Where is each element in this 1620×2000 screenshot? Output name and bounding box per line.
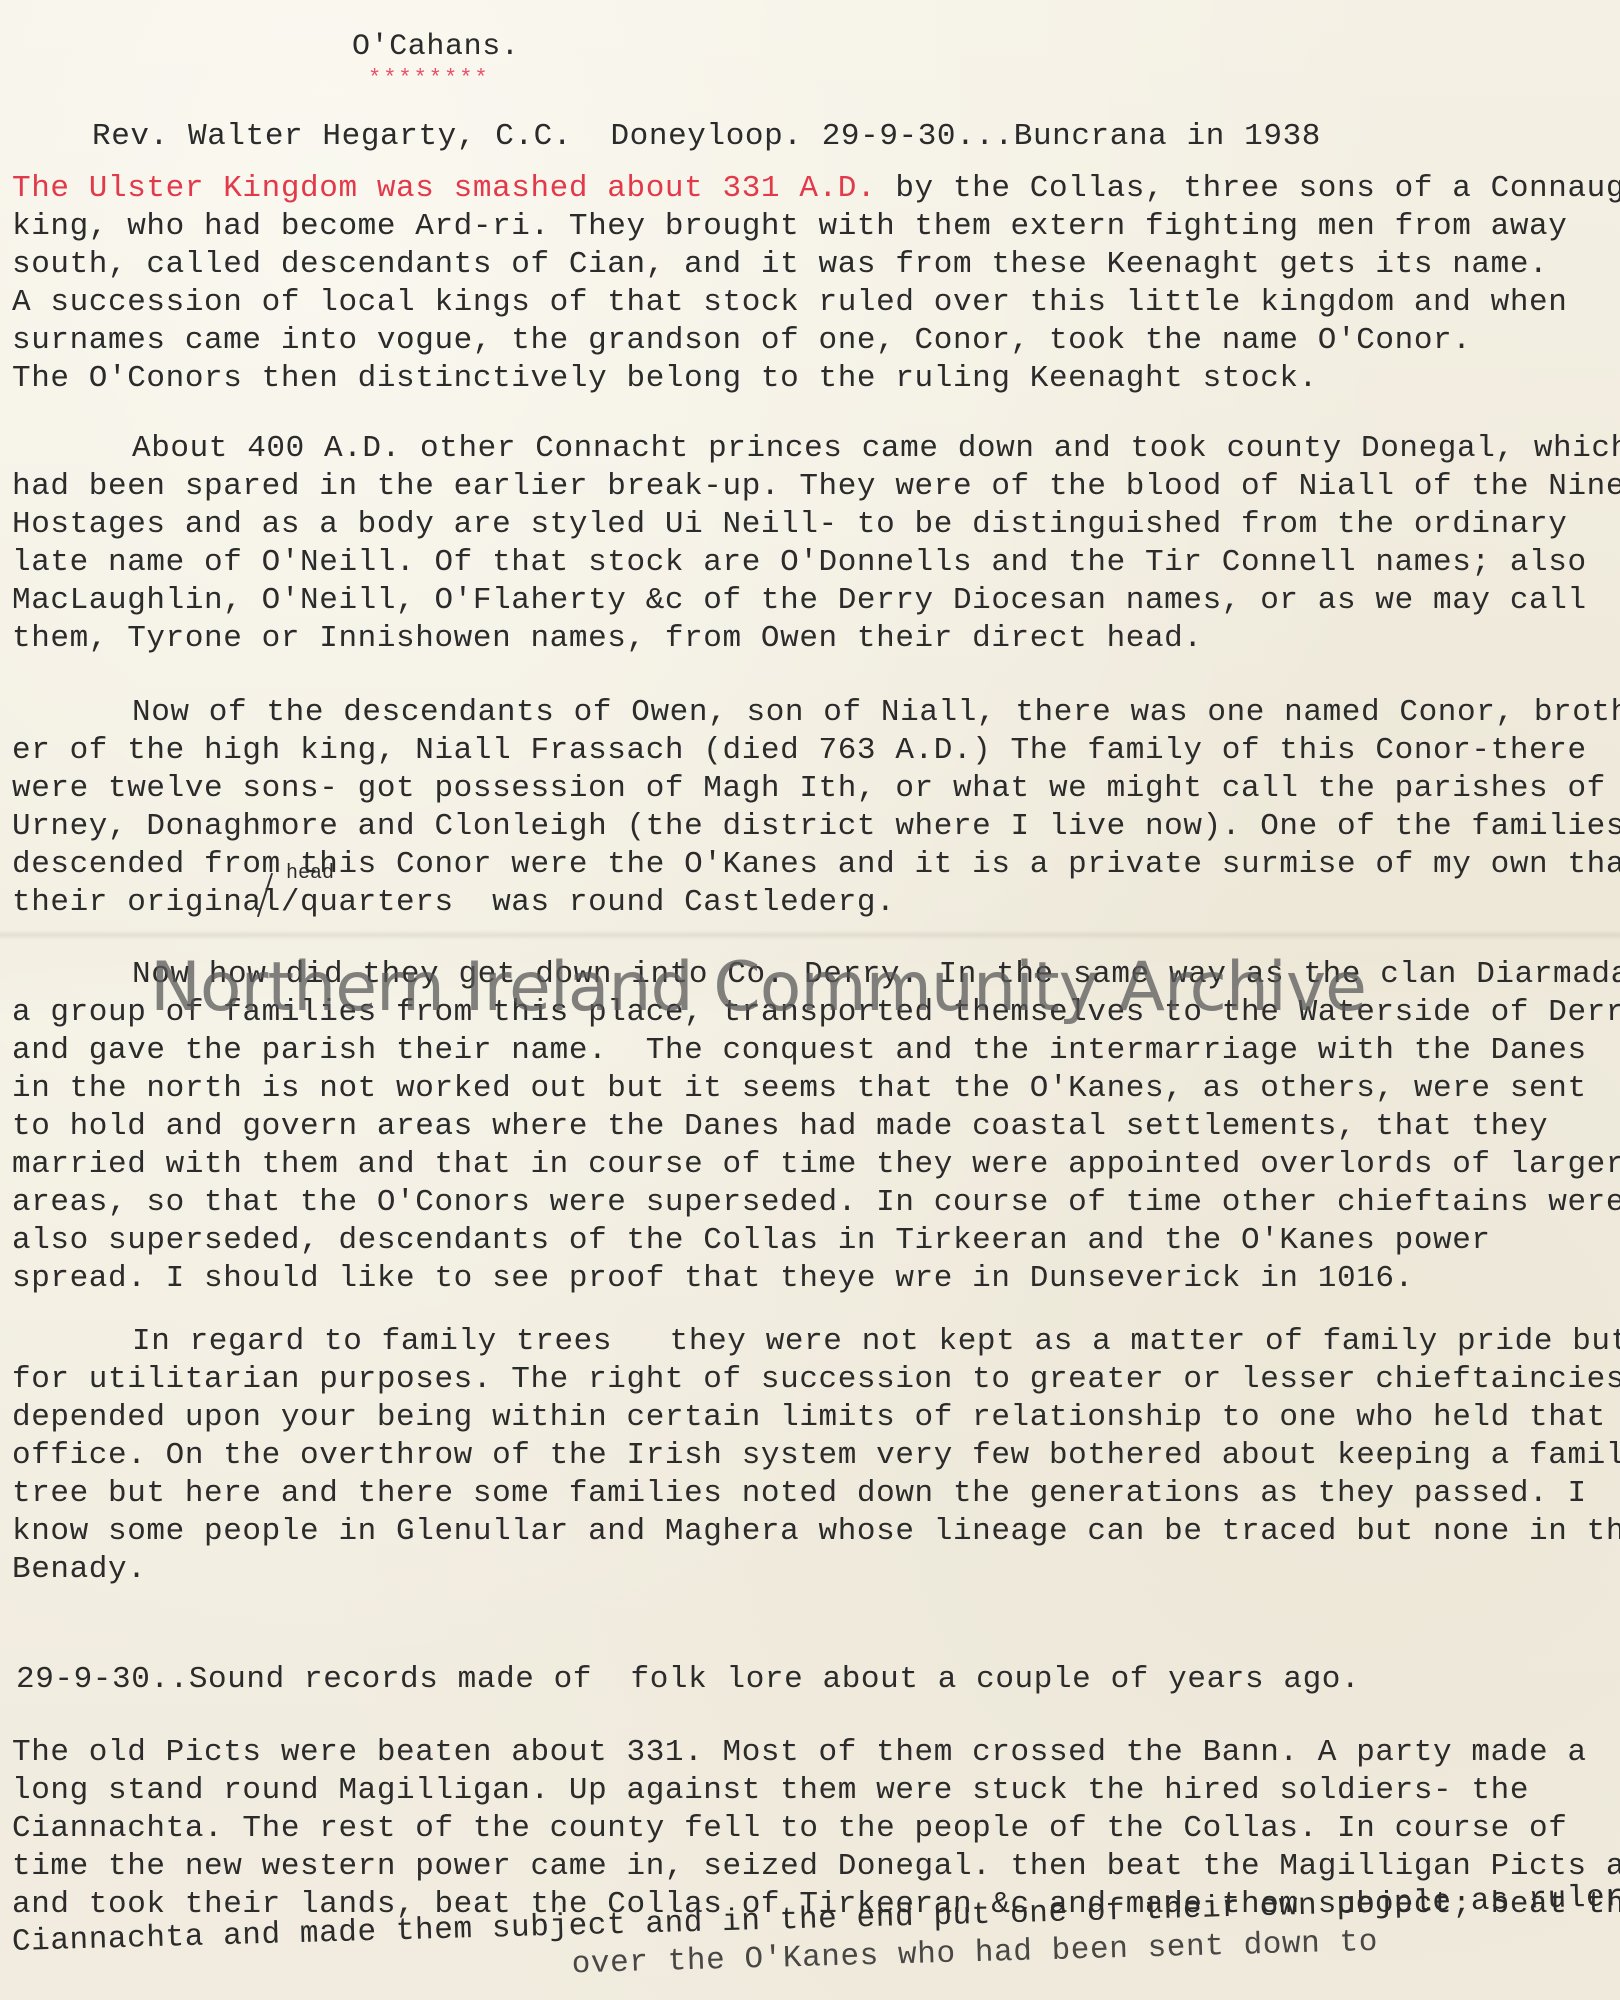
text-line: also superseded, descendants of the Coll… — [12, 1222, 1620, 1260]
byline: Rev. Walter Hegarty, C.C. Doneyloop. 29-… — [92, 118, 1321, 156]
text-line: Ciannachta. The rest of the county fell … — [12, 1810, 1620, 1848]
paragraph-2: About 400 A.D. other Connacht princes ca… — [12, 430, 1620, 658]
paragraph-1: The Ulster Kingdom was smashed about 331… — [12, 170, 1620, 398]
text-line: areas, so that the O'Conors were superse… — [12, 1184, 1620, 1222]
text-line: long stand round Magilligan. Up against … — [12, 1772, 1620, 1810]
paragraph-3: Now of the descendants of Owen, son of N… — [12, 694, 1620, 922]
paragraph-5: In regard to family trees they were not … — [12, 1323, 1620, 1589]
text-line: descended from this Conor were the O'Kan… — [12, 846, 1620, 884]
text-line: Hostages and as a body are styled Ui Nei… — [12, 506, 1620, 544]
title-asterisk-underline: ******** — [368, 60, 490, 98]
text-line: In regard to family trees they were not … — [12, 1323, 1620, 1361]
text-line: office. On the overthrow of the Irish sy… — [12, 1437, 1620, 1475]
paragraph-1-line-1: The Ulster Kingdom was smashed about 331… — [12, 170, 1620, 208]
text-line: The O'Conors then distinctively belong t… — [12, 360, 1620, 398]
text-line: them, Tyrone or Innishowen names, from O… — [12, 620, 1620, 658]
text-line: time the new western power came in, seiz… — [12, 1848, 1620, 1886]
text-line: The old Picts were beaten about 331. Mos… — [12, 1734, 1620, 1772]
text-line: south, called descendants of Cian, and i… — [12, 246, 1620, 284]
text-line: depended upon your being within certain … — [12, 1399, 1620, 1437]
text-line: know some people in Glenullar and Magher… — [12, 1513, 1620, 1551]
text-line: Now how did they get down into Co. Derry… — [12, 956, 1620, 994]
text-line: their original/quarters was round Castle… — [12, 884, 1620, 922]
text-line: tree but here and there some families no… — [12, 1475, 1620, 1513]
text-line: and gave the parish their name. The conq… — [12, 1032, 1620, 1070]
text-line: were twelve sons- got possession of Magh… — [12, 770, 1620, 808]
text-line: er of the high king, Niall Frassach (die… — [12, 732, 1620, 770]
red-lead-sentence: The Ulster Kingdom was smashed about 331… — [12, 171, 876, 206]
text-line: surnames came into vogue, the grandson o… — [12, 322, 1620, 360]
text-line: in the north is not worked out but it se… — [12, 1070, 1620, 1108]
text-line: to hold and govern areas where the Danes… — [12, 1108, 1620, 1146]
text-line: Benady. — [12, 1551, 1620, 1589]
text-line: had been spared in the earlier break-up.… — [12, 468, 1620, 506]
text-line: spread. I should like to see proof that … — [12, 1260, 1620, 1298]
text-line: king, who had become Ard-ri. They brough… — [12, 208, 1620, 246]
paragraph-6: The old Picts were beaten about 331. Mos… — [12, 1734, 1620, 2000]
text-line: Urney, Donaghmore and Clonleigh (the dis… — [12, 808, 1620, 846]
text-line: a group of families from this place, tra… — [12, 994, 1620, 1032]
text-line: married with them and that in course of … — [12, 1146, 1620, 1184]
handwritten-insert-head: head — [286, 862, 334, 885]
text-line: late name of O'Neill. Of that stock are … — [12, 544, 1620, 582]
text-line: MacLaughlin, O'Neill, O'Flaherty &c of t… — [12, 582, 1620, 620]
text-line: for utilitarian purposes. The right of s… — [12, 1361, 1620, 1399]
dated-note: 29-9-30..Sound records made of folk lore… — [16, 1661, 1360, 1699]
text-line: About 400 A.D. other Connacht princes ca… — [12, 430, 1620, 468]
paragraph-4: Now how did they get down into Co. Derry… — [12, 956, 1620, 1298]
text-line: A succession of local kings of that stoc… — [12, 284, 1620, 322]
paper-fold-crease — [0, 930, 1620, 940]
line-1-rest: by the Collas, three sons of a Connaught — [876, 171, 1620, 206]
text-line: Now of the descendants of Owen, son of N… — [12, 694, 1620, 732]
